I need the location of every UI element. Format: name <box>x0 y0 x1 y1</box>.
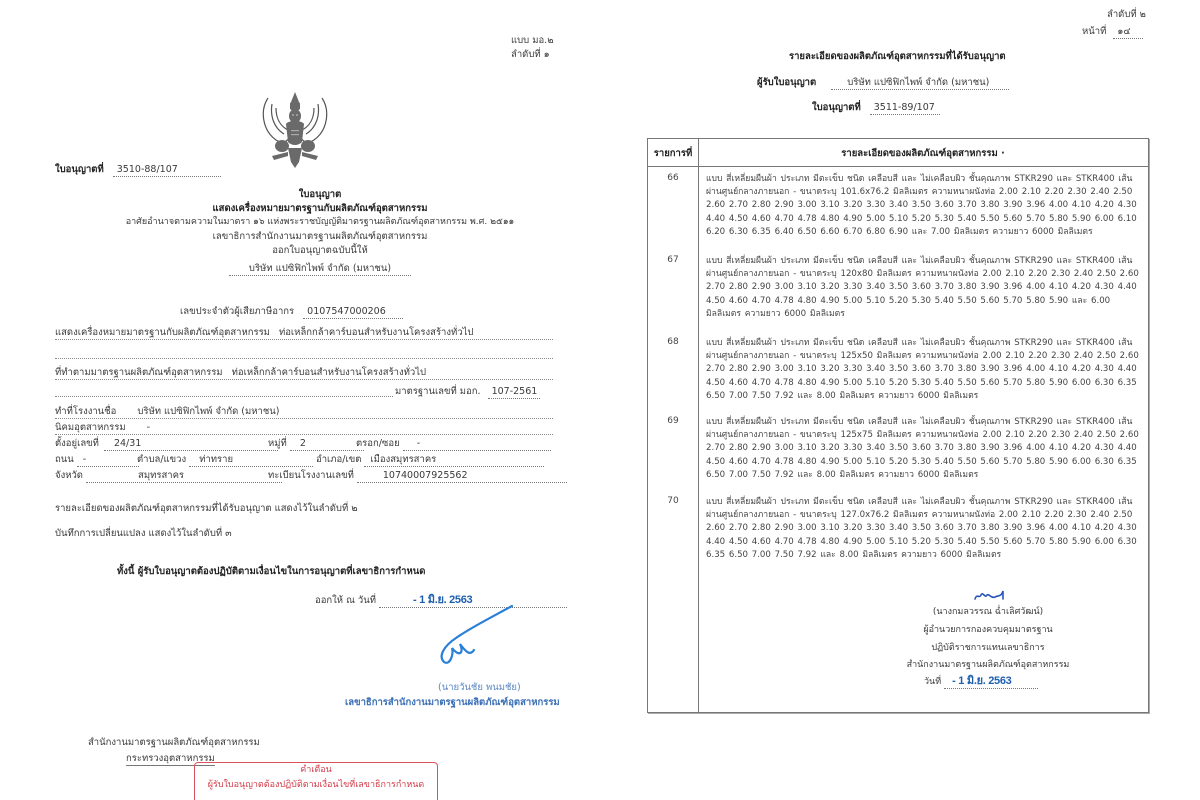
signatory-title: ผู้อำนวยการกองควบคุมมาตรฐาน <box>888 624 1088 637</box>
sign-date-stamp: - 1 มิ.ย. 2563 <box>944 675 1038 689</box>
district-field: อำเภอ/เขต เมืองสมุทรสาคร <box>316 453 544 467</box>
item-number: 66 <box>648 173 698 183</box>
province-value: สมุทรสาคร <box>86 469 282 483</box>
standard-number-value: 107-2561 <box>488 385 540 399</box>
district-value: เมืองสมุทรสาคร <box>364 453 544 467</box>
estate-field: นิคมอุตสาหกรรม - <box>55 421 553 435</box>
details-note: รายละเอียดของผลิตภัณฑ์อุตสาหกรรมที่ได้รั… <box>55 502 358 515</box>
factory-reg-field: ทะเบียนโรงงานเลขที่ 10740007925562 <box>268 469 567 483</box>
conform-field: ที่ทำตามมาตรฐานผลิตภัณฑ์อุตสาหกรรม ท่อเห… <box>55 366 553 380</box>
column-header-item-no: รายการที่ <box>648 146 698 161</box>
mark-label: แสดงเครื่องหมายมาตรฐานกับผลิตภัณฑ์อุตสาห… <box>55 327 270 338</box>
item-description: แบบ สี่เหลี่ยมผืนผ้า ประเภท มีตะเข็บ ชนิ… <box>706 337 1142 403</box>
garuda-emblem-icon <box>258 90 332 170</box>
road-field: ถนน - <box>55 453 139 467</box>
licensee-label: ผู้รับใบอนุญาต <box>757 77 816 88</box>
licensee-name: บริษัท แปซิฟิกไพพ์ จำกัด (มหาชน) <box>60 262 580 276</box>
license-number-field: ใบอนุญาตที่ 3511-89/107 <box>812 101 940 115</box>
license-number-label: ใบอนุญาตที่ <box>55 164 104 175</box>
conform-label: ที่ทำตามมาตรฐานผลิตภัณฑ์อุตสาหกรรม <box>55 367 223 378</box>
subdistrict-field: ตำบล/แขวง ท่าทราย <box>137 453 313 467</box>
licensee-field: ผู้รับใบอนุญาต บริษัท แปซิฟิกไพพ์ จำกัด … <box>757 76 1009 90</box>
warning-text: ผู้รับใบอนุญาตต้องปฏิบัติตามเงื่อนไขที่เ… <box>195 778 437 793</box>
mark-value: ท่อเหล็กกล้าคาร์บอนสำหรับงานโครงสร้างทั่… <box>279 327 473 338</box>
soi-value: - <box>403 437 551 451</box>
signatory-title: เลขาธิการสำนักงานมาตรฐานผลิตภัณฑ์อุตสาหก… <box>345 696 560 709</box>
district-label: อำเภอ/เขต <box>316 454 361 465</box>
tax-id-field: เลขประจำตัวผู้เสียภาษีอากร 0107547000206 <box>180 305 403 319</box>
moo-value: 2 <box>290 437 364 451</box>
sequence-label: ลำดับที่ ๒ <box>1107 8 1146 21</box>
moo-field: หมู่ที่ 2 <box>268 437 364 451</box>
mark-field: แสดงเครื่องหมายมาตรฐานกับผลิตภัณฑ์อุตสาห… <box>55 326 553 340</box>
signatory-acting: ปฏิบัติราชการแทนเลขาธิการ <box>888 642 1088 655</box>
moo-label: หมู่ที่ <box>268 438 287 449</box>
item-number: 67 <box>648 255 698 265</box>
factory-reg-value: 10740007925562 <box>357 469 567 483</box>
province-field: จังหวัด สมุทรสาคร <box>55 469 282 483</box>
column-header-details: รายละเอียดของผลิตภัณฑ์อุตสาหกรรม · <box>698 146 1148 161</box>
mark-field-continuation <box>55 344 553 359</box>
tax-id-label: เลขประจำตัวผู้เสียภาษีอากร <box>180 306 294 317</box>
standard-number-label: มาตรฐานเลขที่ มอก. <box>395 386 481 397</box>
form-code: แบบ มอ.๒ <box>511 34 553 47</box>
authority-line: อาศัยอำนาจตามความในมาตรา ๑๖ แห่งพระราชบั… <box>60 216 580 229</box>
factory-name-value: บริษัท แปซิฟิกไพพ์ จำกัด (มหาชน) <box>137 406 279 417</box>
page-number-value: ๑๔ <box>1113 25 1143 39</box>
factory-name-field: ทำที่โรงงานชื่อ บริษัท แปซิฟิกไพพ์ จำกัด… <box>55 405 553 419</box>
doc-subtitle: แสดงเครื่องหมายมาตรฐานกับผลิตภัณฑ์อุตสาห… <box>60 202 580 215</box>
page-number-field: หน้าที่ ๑๔ <box>1082 25 1143 39</box>
signatory-office: สำนักงานมาตรฐานผลิตภัณฑ์อุตสาหกรรม <box>888 659 1088 672</box>
province-label: จังหวัด <box>55 470 83 481</box>
address-no-label: ตั้งอยู่เลขที่ <box>55 438 99 449</box>
sequence-label: ลำดับที่ ๑ <box>511 48 550 61</box>
signatory-name: (นายวันชัย พนมชัย) <box>438 681 521 694</box>
licensee-value: บริษัท แปซิฟิกไพพ์ จำกัด (มหาชน) <box>229 262 411 276</box>
warning-box: คำเตือน ผู้รับใบอนุญาตต้องปฏิบัติตามเงื่… <box>194 762 438 800</box>
tax-id-value: 0107547000206 <box>303 305 403 319</box>
address-no-field: ตั้งอยู่เลขที่ 24/31 <box>55 437 278 451</box>
sign-date-field: วันที่ - 1 มิ.ย. 2563 <box>924 675 1038 689</box>
item-number: 68 <box>648 337 698 347</box>
warning-title: คำเตือน <box>195 763 437 778</box>
page-number-label: หน้าที่ <box>1082 26 1106 37</box>
license-number-value: 3511-89/107 <box>870 101 940 115</box>
license-number-value: 3510-88/107 <box>113 163 221 177</box>
details-title: รายละเอียดของผลิตภัณฑ์อุตสาหกรรมที่ได้รั… <box>789 50 1006 63</box>
signature-icon <box>430 600 520 670</box>
condition-note: ทั้งนี้ ผู้รับใบอนุญาตต้องปฏิบัติตามเงื่… <box>117 565 425 578</box>
office-name: สำนักงานมาตรฐานผลิตภัณฑ์อุตสาหกรรม <box>88 736 260 749</box>
license-number-field: ใบอนุญาตที่ 3510-88/107 <box>55 163 221 177</box>
item-number: 70 <box>648 496 698 506</box>
conform-field-continuation <box>55 382 393 397</box>
address-no-value: 24/31 <box>104 437 278 451</box>
item-number: 69 <box>648 416 698 426</box>
item-description: แบบ สี่เหลี่ยมผืนผ้า ประเภท มีตะเข็บ ชนิ… <box>706 496 1142 562</box>
factory-name-label: ทำที่โรงงานชื่อ <box>55 406 116 417</box>
issue-line: ออกใบอนุญาตฉบับนี้ให้ <box>60 244 580 257</box>
doc-title: ใบอนุญาต <box>60 188 580 201</box>
issuer-line: เลขาธิการสำนักงานมาตรฐานผลิตภัณฑ์อุตสาหก… <box>60 230 580 243</box>
issued-date-label: ออกให้ ณ วันที่ <box>315 595 376 606</box>
item-description: แบบ สี่เหลี่ยมผืนผ้า ประเภท มีตะเข็บ ชนิ… <box>706 173 1142 239</box>
item-description: แบบ สี่เหลี่ยมผืนผ้า ประเภท มีตะเข็บ ชนิ… <box>706 255 1142 321</box>
item-description: แบบ สี่เหลี่ยมผืนผ้า ประเภท มีตะเข็บ ชนิ… <box>706 416 1142 482</box>
license-number-label: ใบอนุญาตที่ <box>812 102 861 113</box>
sign-date-label: วันที่ <box>924 677 941 687</box>
estate-value: - <box>147 422 150 433</box>
standard-number-field: มาตรฐานเลขที่ มอก. 107-2561 <box>395 385 540 399</box>
changes-note: บันทึกการเปลี่ยนแปลง แสดงไว้ในลำดับที่ ๓ <box>55 527 232 540</box>
road-label: ถนน <box>55 454 74 465</box>
subdistrict-value: ท่าทราย <box>189 453 313 467</box>
factory-reg-label: ทะเบียนโรงงานเลขที่ <box>268 470 354 481</box>
conform-value: ท่อเหล็กกล้าคาร์บอนสำหรับงานโครงสร้างทั่… <box>232 367 426 378</box>
signatory-name: (นางกมลวรรณ ฉ่ำเลิศวัฒน์) <box>888 606 1088 619</box>
signature-icon <box>973 587 1007 603</box>
subdistrict-label: ตำบล/แขวง <box>137 454 186 465</box>
licensee-value: บริษัท แปซิฟิกไพพ์ จำกัด (มหาชน) <box>831 76 1009 90</box>
road-value: - <box>77 453 139 467</box>
product-table: รายการที่ รายละเอียดของผลิตภัณฑ์อุตสาหกร… <box>647 138 1149 713</box>
soi-field: ตรอก/ซอย - <box>356 437 551 451</box>
estate-label: นิคมอุตสาหกรรม <box>55 422 126 433</box>
soi-label: ตรอก/ซอย <box>356 438 400 449</box>
